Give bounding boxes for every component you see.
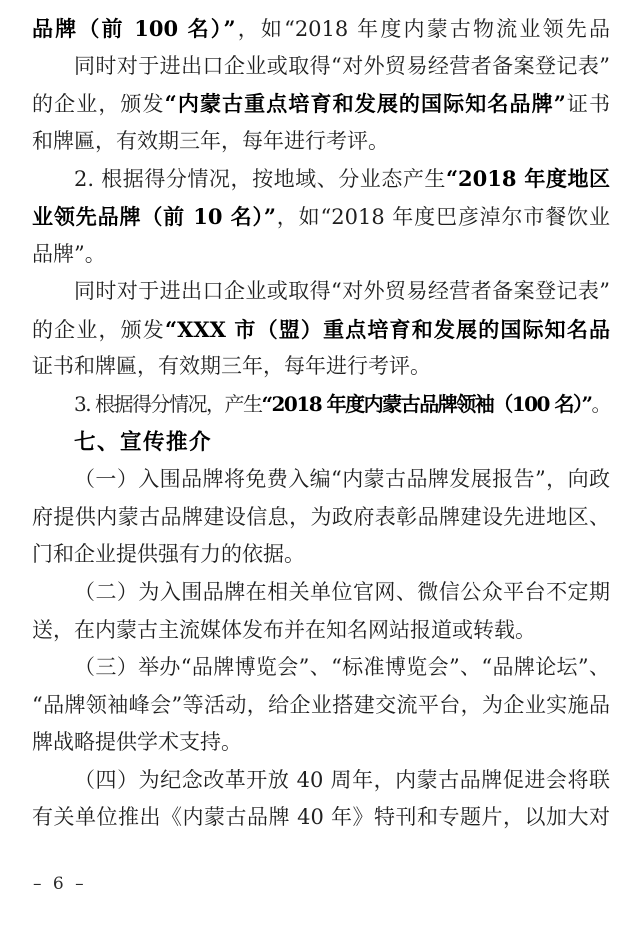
text-line: 同时对于进出口企业或取得“对外贸易经营者备案登记表” [32,48,610,86]
text-run: （二）为入围品牌在相关单位官网、微信公众平台不定期推 [74,580,610,612]
text-run: 牌战略提供学术支持。 [32,730,242,754]
section-heading: 七、宣传推介 [32,424,610,462]
text-run: 。 [591,392,610,416]
text-run: 3. 根据得分情况，产生 [74,392,262,416]
text-line: 的企业，颁发“XXX 市（盟）重点培育和发展的国际知名品牌” [32,311,610,349]
text-line: 门和企业提供强有力的依据。 [32,536,610,574]
text-run: 证书 [566,92,610,116]
text-run: 同时对于进出口企业或取得“对外贸易经营者备案登记表” [74,54,610,78]
text-run: 2. 根据得分情况，按地域、分业态产生 [74,167,446,191]
text-line: 的企业，颁发“内蒙古重点培育和发展的国际知名品牌”证书 [32,85,610,123]
text-run: 的企业，颁发 [32,318,165,342]
text-line: 业领先品牌（前 10 名）”，如“2018 年度巴彦淖尔市餐饮业领先 [32,198,610,236]
text-run: 同时对于进出口企业或取得“对外贸易经营者备案登记表” [74,279,610,303]
text-run: 和牌匾，有效期三年，每年进行考评。 [32,129,389,153]
page-number: – 6 – [33,874,87,894]
text-run: 有关单位推出《内蒙古品牌 40 年》特刊和专题片，以加大对政 [32,805,610,837]
text-run: 门和企业提供强有力的依据。 [32,542,305,566]
text-run: 府提供内蒙古品牌建设信息，为政府表彰品牌建设先进地区、部 [32,505,610,537]
text-line: 品牌”。 [32,236,610,274]
document-body: 品牌（前 100 名）”，如“2018 年度内蒙古物流业领先品牌”。同时对于进出… [32,10,610,837]
text-line: 品牌（前 100 名）”，如“2018 年度内蒙古物流业领先品牌”。 [32,10,610,48]
text-line: 有关单位推出《内蒙古品牌 40 年》特刊和专题片，以加大对政 [32,799,610,837]
text-line: （三）举办“品牌博览会”、“标准博览会”、“品牌论坛”、 [32,649,610,687]
text-run: （一）入围品牌将免费入编“内蒙古品牌发展报告”，向政 [74,467,610,491]
text-line: 2. 根据得分情况，按地域、分业态产生“2018 年度地区行 [32,160,610,198]
text-run: 送，在内蒙古主流媒体发布并在知名网站报道或转载。 [32,618,536,642]
text-line: 牌战略提供学术支持。 [32,724,610,762]
text-run: （三）举办“品牌博览会”、“标准博览会”、“品牌论坛”、 [74,655,610,679]
bold-text-run: 品牌（前 100 名）” [32,16,236,41]
bold-text-run: “内蒙古重点培育和发展的国际知名品牌” [165,91,566,116]
text-line: （二）为入围品牌在相关单位官网、微信公众平台不定期推 [32,574,610,612]
text-line: 和牌匾，有效期三年，每年进行考评。 [32,123,610,161]
text-line: 3. 根据得分情况，产生“2018 年度内蒙古品牌领袖（100 名）”。 [32,386,610,424]
text-line: 府提供内蒙古品牌建设信息，为政府表彰品牌建设先进地区、部 [32,499,610,537]
bold-text-run: “2018 年度内蒙古品牌领袖（100 名）” [262,392,592,416]
text-run: 的企业，颁发 [32,92,165,116]
text-line: 同时对于进出口企业或取得“对外贸易经营者备案登记表” [32,273,610,311]
document-page: 品牌（前 100 名）”，如“2018 年度内蒙古物流业领先品牌”。同时对于进出… [0,0,642,934]
text-run: （四）为纪念改革开放 40 周年，内蒙古品牌促进会将联合 [74,768,610,800]
text-line: （一）入围品牌将免费入编“内蒙古品牌发展报告”，向政 [32,461,610,499]
bold-text-run: 业领先品牌（前 10 名）” [32,204,276,229]
text-line: 证书和牌匾，有效期三年，每年进行考评。 [32,348,610,386]
text-line: 送，在内蒙古主流媒体发布并在知名网站报道或转载。 [32,612,610,650]
text-run: 品牌”。 [32,242,106,266]
text-run: “品牌领袖峰会”等活动，给企业搭建交流平台，为企业实施品 [32,693,610,717]
bold-text-run: 七、宣传推介 [74,430,212,455]
text-line: （四）为纪念改革开放 40 周年，内蒙古品牌促进会将联合 [32,762,610,800]
text-line: “品牌领袖峰会”等活动，给企业搭建交流平台，为企业实施品 [32,687,610,725]
text-run: 证书和牌匾，有效期三年，每年进行考评。 [32,354,431,378]
